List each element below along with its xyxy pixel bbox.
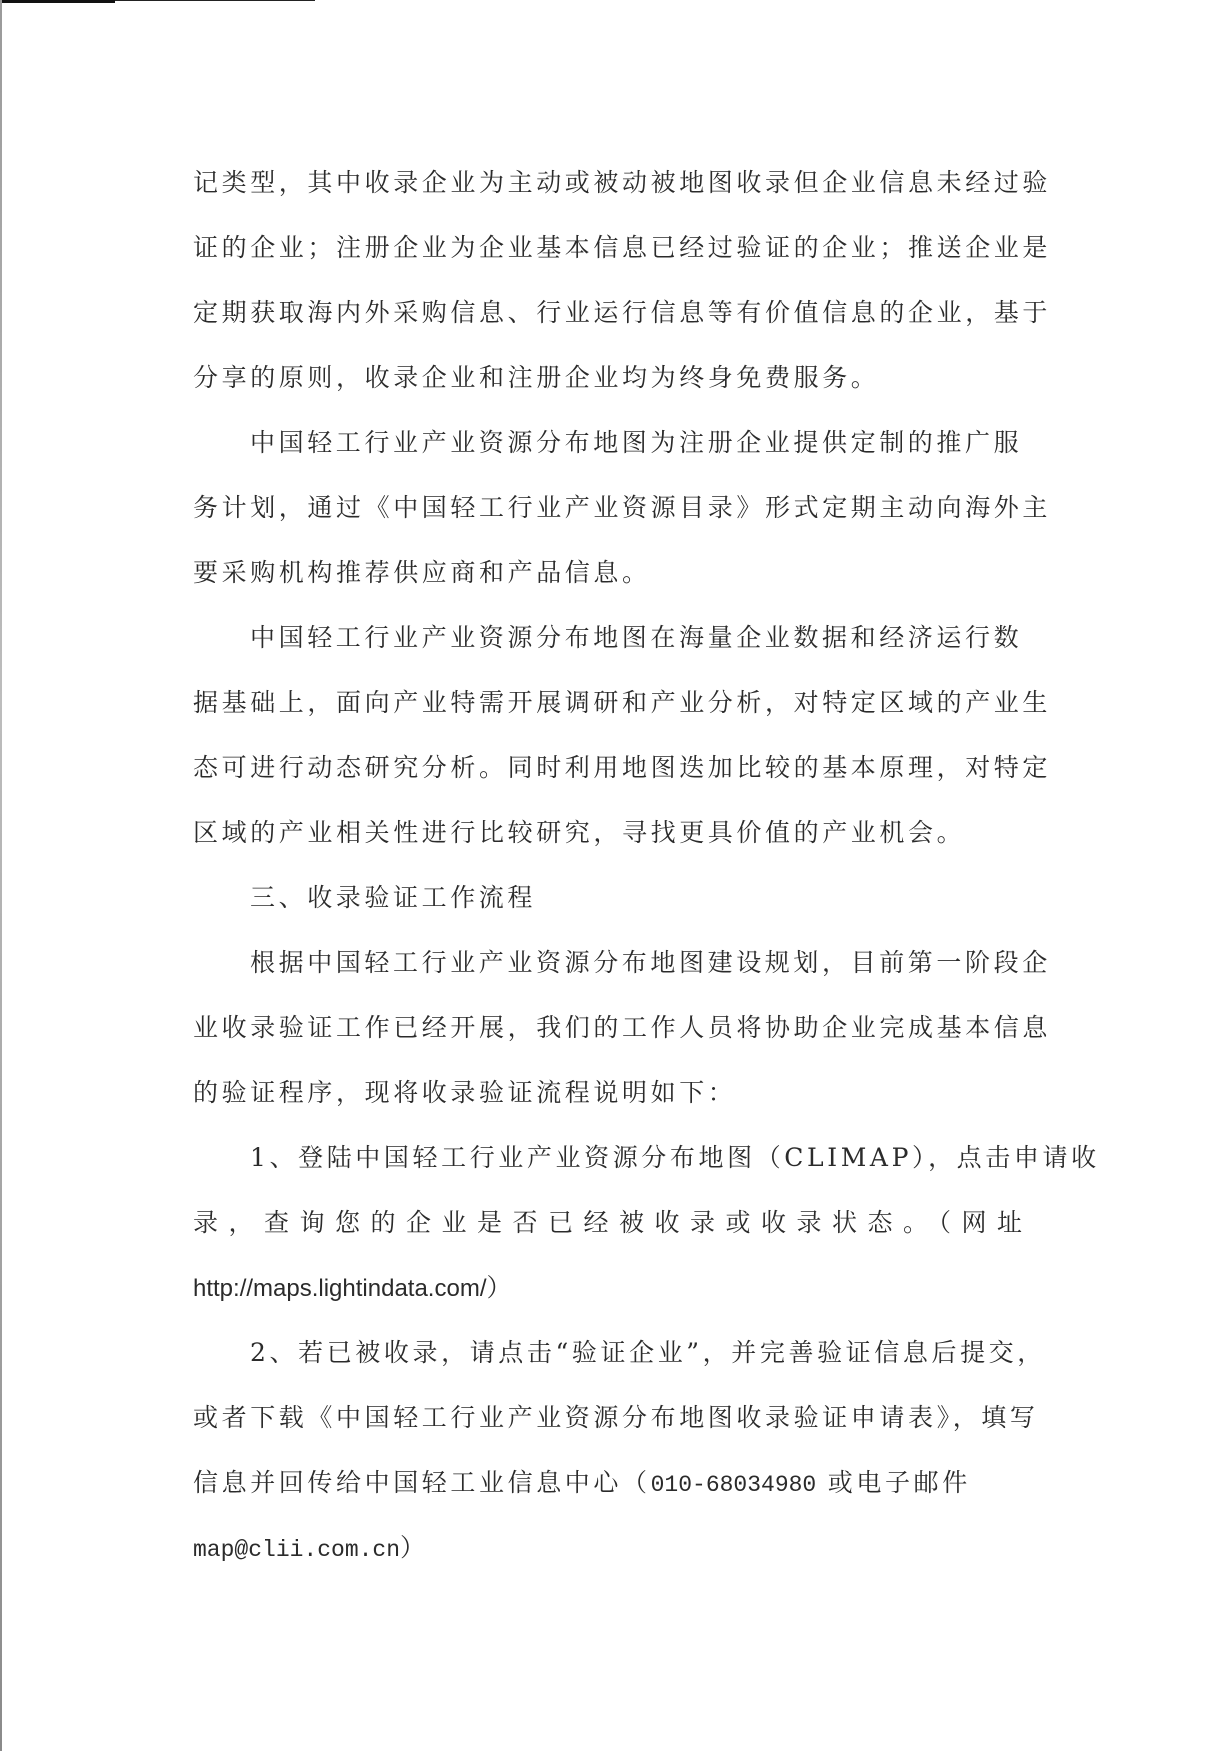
paragraph-enterprise-types: 记类型，其中收录企业为主动或被动被地图收录但企业信息未经过验 证的企业；注册企业… <box>193 150 1053 410</box>
closing-paren: ） <box>400 1533 429 1562</box>
text-line: 中国轻工行业产业资源分布地图为注册企业提供定制的推广服 <box>193 410 1053 475</box>
contact-suffix: 或电子邮件 <box>816 1468 971 1497</box>
text-line: 或者下载《中国轻工行业产业资源分布地图收录验证申请表》，填写 <box>193 1385 1053 1450</box>
paragraph-promotion-service: 中国轻工行业产业资源分布地图为注册企业提供定制的推广服 务计划，通过《中国轻工行… <box>193 410 1053 605</box>
paragraph-industry-analysis: 中国轻工行业产业资源分布地图在海量企业数据和经济运行数 据基础上，面向产业特需开… <box>193 605 1053 865</box>
text-line: 的验证程序，现将收录验证流程说明如下： <box>193 1060 1053 1125</box>
text-line: 分享的原则，收录企业和注册企业均为终身免费服务。 <box>193 345 1053 410</box>
email-link[interactable]: map@clii.com.cn <box>193 1537 400 1563</box>
website-url-link[interactable]: http://maps.lightindata.com/ <box>193 1275 486 1302</box>
text-line: map@clii.com.cn） <box>193 1515 1053 1580</box>
text-line: 态可进行动态研究分析。同时利用地图迭加比较的基本原理，对特定 <box>193 735 1053 800</box>
text-line: 信息并回传给中国轻工业信息中心（010-68034980 或电子邮件 <box>193 1450 1053 1515</box>
text-line: 务计划，通过《中国轻工行业产业资源目录》形式定期主动向海外主 <box>193 475 1053 540</box>
contact-prefix: 信息并回传给中国轻工业信息中心（ <box>193 1468 651 1497</box>
text-line: 据基础上，面向产业特需开展调研和产业分析，对特定区域的产业生 <box>193 670 1053 735</box>
text-line: 1、登陆中国轻工行业产业资源分布地图（CLIMAP），点击申请收 <box>193 1125 1053 1190</box>
paragraph-verification-intro: 根据中国轻工行业产业资源分布地图建设规划，目前第一阶段企 业收录验证工作已经开展… <box>193 930 1053 1125</box>
step-2-verify: 2、若已被收录，请点击“验证企业”，并完善验证信息后提交， 或者下载《中国轻工行… <box>193 1320 1053 1580</box>
scan-edge-artifact-left <box>0 0 2 1751</box>
text-line: 业收录验证工作已经开展，我们的工作人员将协助企业完成基本信息 <box>193 995 1053 1060</box>
scan-edge-artifact-top <box>0 0 115 3</box>
text-line: 中国轻工行业产业资源分布地图在海量企业数据和经济运行数 <box>193 605 1053 670</box>
text-line: 根据中国轻工行业产业资源分布地图建设规划，目前第一阶段企 <box>193 930 1053 995</box>
text-line: 定期获取海内外采购信息、行业运行信息等有价值信息的企业，基于 <box>193 280 1053 345</box>
text-line: 记类型，其中收录企业为主动或被动被地图收录但企业信息未经过验 <box>193 150 1053 215</box>
closing-paren: ） <box>486 1273 515 1302</box>
document-page: 记类型，其中收录企业为主动或被动被地图收录但企业信息未经过验 证的企业；注册企业… <box>193 150 1053 1580</box>
scan-edge-artifact-top-thin <box>115 0 315 1</box>
text-line: 2、若已被收录，请点击“验证企业”，并完善验证信息后提交， <box>193 1320 1053 1385</box>
text-line: 区域的产业相关性进行比较研究，寻找更具价值的产业机会。 <box>193 800 1053 865</box>
text-line: 证的企业；注册企业为企业基本信息已经过验证的企业；推送企业是 <box>193 215 1053 280</box>
step-1-login: 1、登陆中国轻工行业产业资源分布地图（CLIMAP），点击申请收 录，查询您的企… <box>193 1125 1053 1320</box>
text-line: 要采购机构推荐供应商和产品信息。 <box>193 540 1053 605</box>
text-line: http://maps.lightindata.com/） <box>193 1255 1053 1320</box>
section-heading: 三、收录验证工作流程 <box>193 865 1053 930</box>
text-line: 录，查询您的企业是否已经被收录或收录状态。（网址 <box>193 1190 1053 1255</box>
phone-number: 010-68034980 <box>651 1472 817 1498</box>
